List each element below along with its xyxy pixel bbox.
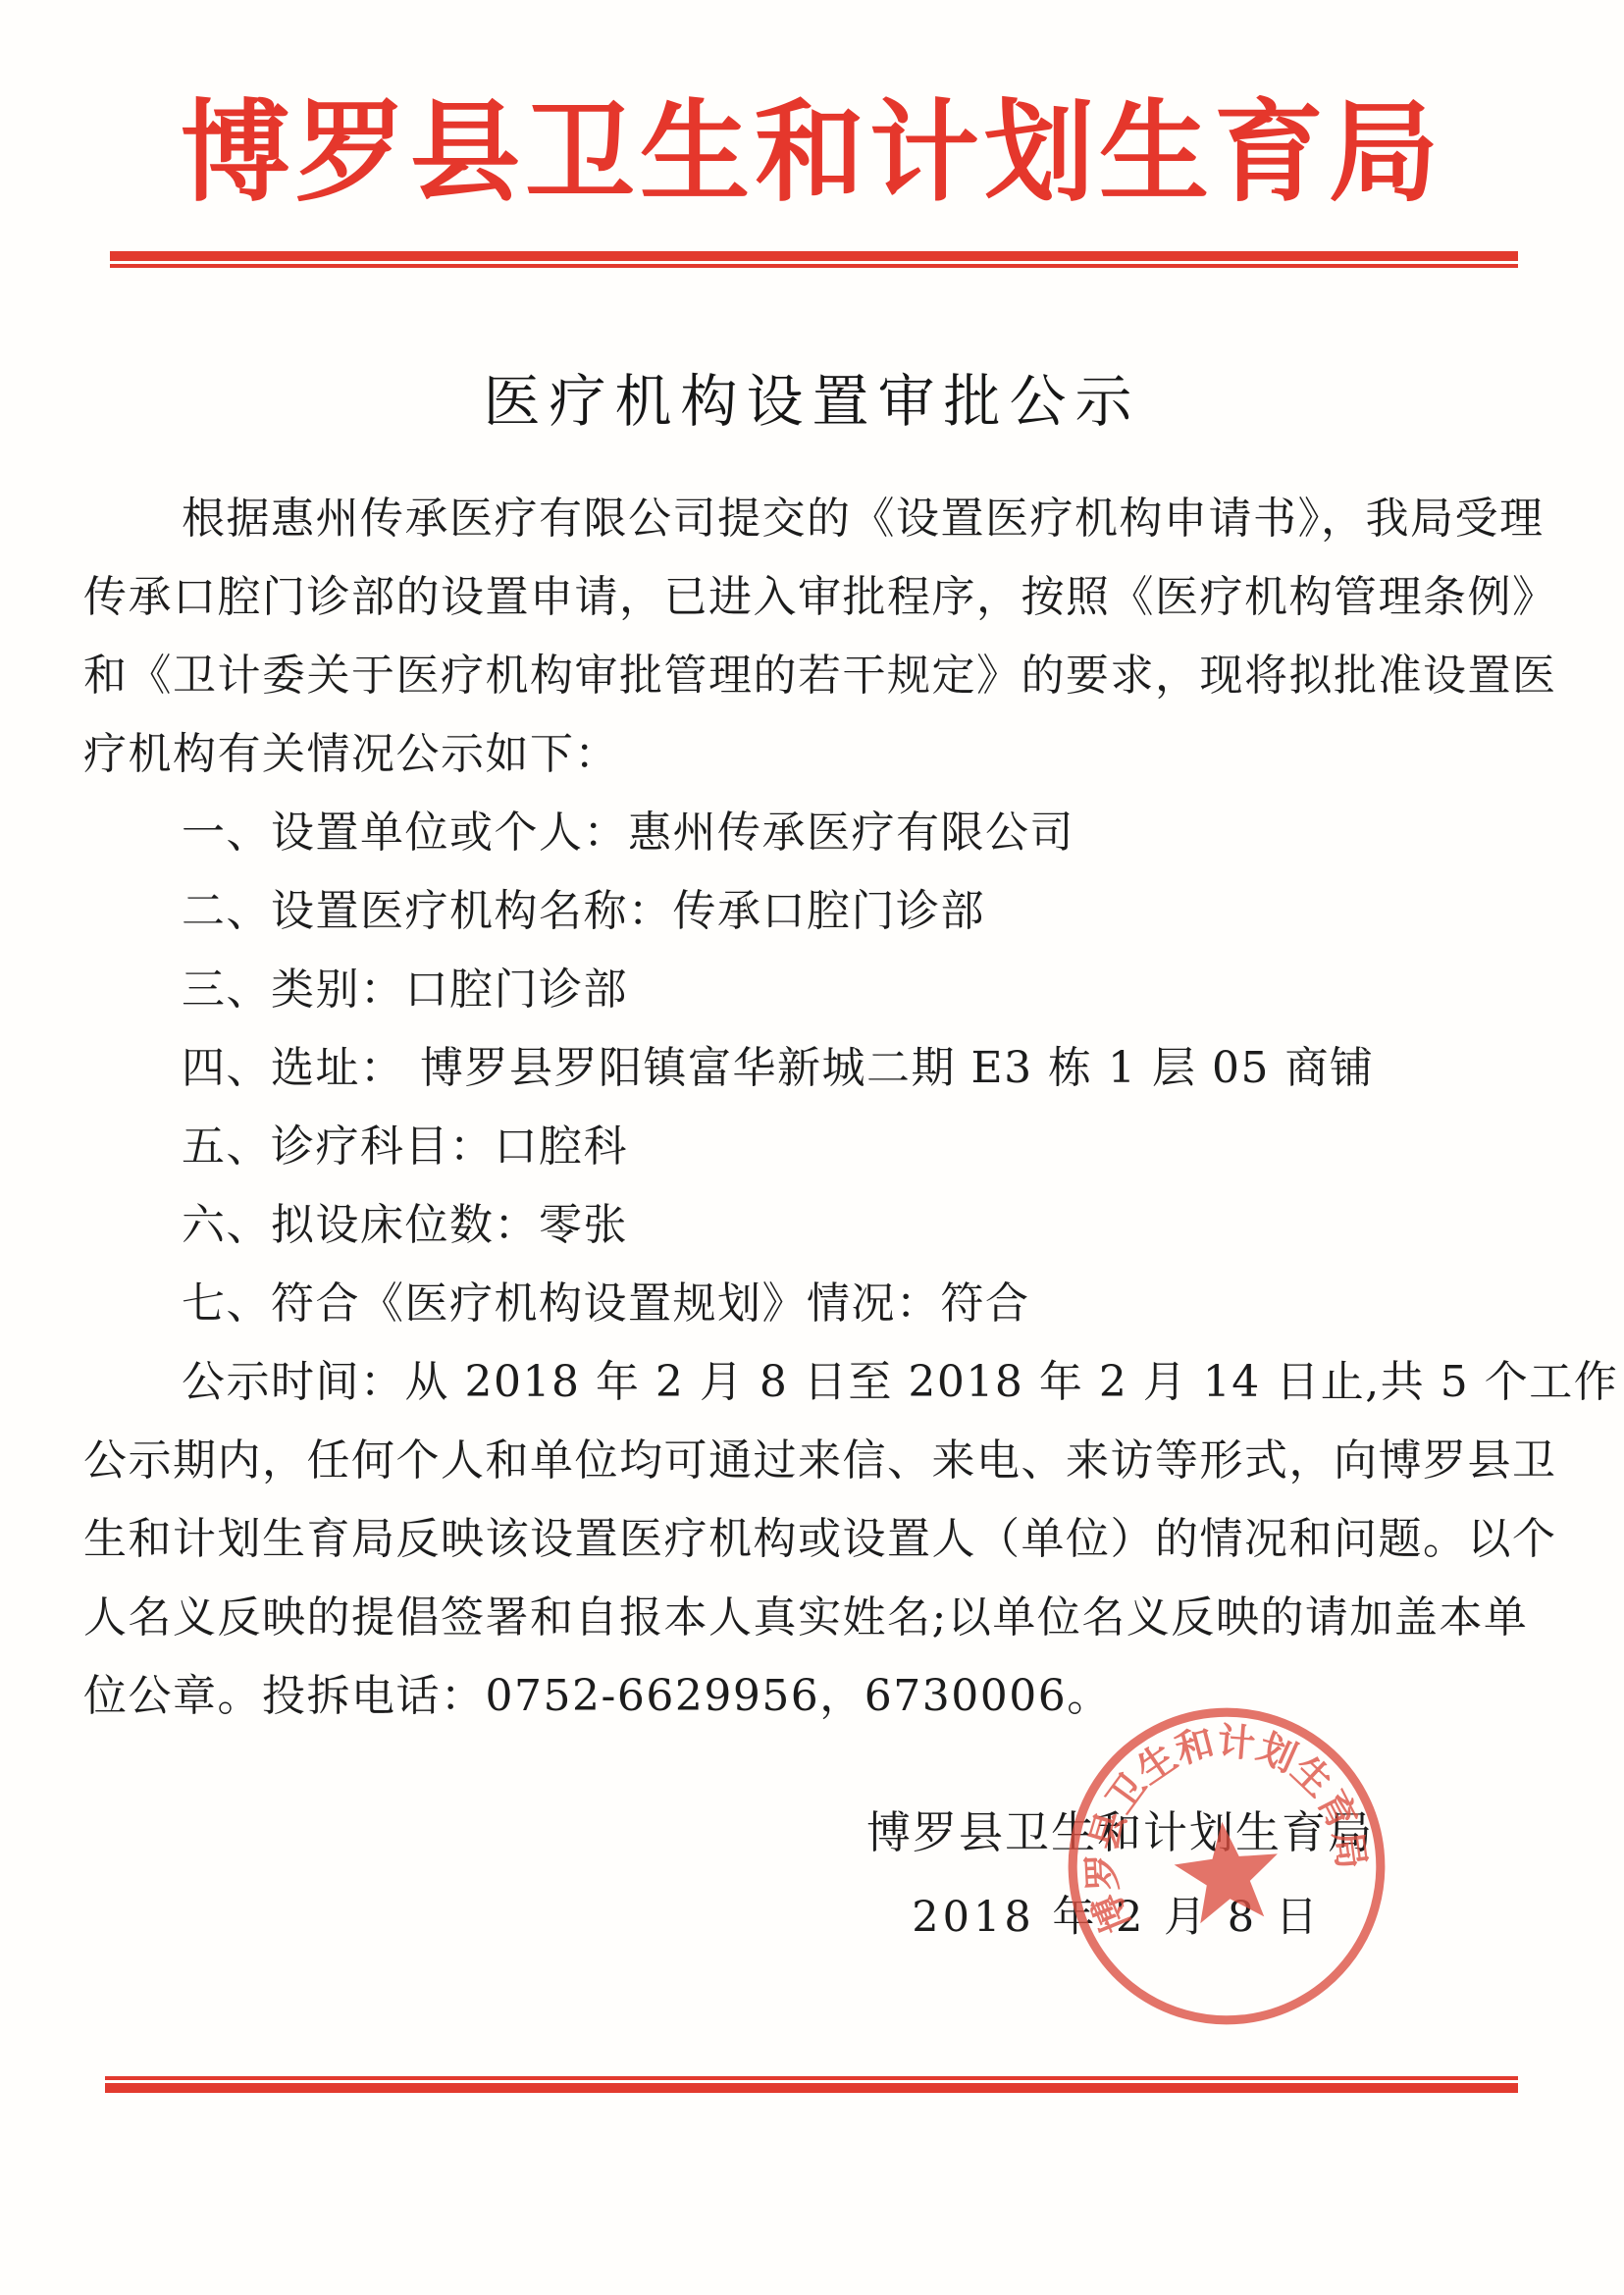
header-rule-thick-line: [110, 251, 1518, 261]
document-page: 博罗县卫生和计划生育局 医疗机构设置审批公示 根据惠州传承医疗有限公司提交的《设…: [0, 0, 1624, 2295]
list-item: 四、选址： 博罗县罗阳镇富华新城二期 E3 栋 1 层 05 商铺: [83, 1029, 1545, 1108]
body-line: 生和计划生育局反映该设置医疗机构或设置人（单位）的情况和问题。以个: [83, 1500, 1545, 1579]
list-item: 一、设置单位或个人：惠州传承医疗有限公司: [83, 794, 1545, 872]
list-item: 二、设置医疗机构名称：传承口腔门诊部: [83, 872, 1545, 951]
list-item: 六、拟设床位数：零张: [83, 1186, 1545, 1265]
document-body: 根据惠州传承医疗有限公司提交的《设置医疗机构申请书》，我局受理 传承口腔门诊部的…: [83, 480, 1545, 1736]
header-divider-rule: [110, 251, 1518, 268]
body-line: 人名义反映的提倡签署和自报本人真实姓名;以单位名义反映的请加盖本单: [83, 1579, 1545, 1657]
body-line: 公示期内，任何个人和单位均可通过来信、来电、来访等形式，向博罗县卫: [83, 1422, 1545, 1500]
signature-block: 博罗县卫生和计划生育局 2018 年 2 月 8 日: [866, 1803, 1367, 1945]
list-item: 三、类别：口腔门诊部: [83, 951, 1545, 1029]
body-line: 根据惠州传承医疗有限公司提交的《设置医疗机构申请书》，我局受理: [83, 480, 1545, 558]
body-line: 位公章。投拆电话：0752-6629956，6730006。: [83, 1657, 1545, 1736]
body-line: 和《卫计委关于医疗机构审批管理的若干规定》的要求，现将拟批准设置医: [83, 637, 1545, 715]
signature-agency-name: 博罗县卫生和计划生育局: [866, 1803, 1367, 1862]
footer-divider-rule: [105, 2076, 1518, 2093]
body-line: 疗机构有关情况公示如下：: [83, 715, 1545, 794]
body-line: 公示时间：从 2018 年 2 月 8 日至 2018 年 2 月 14 日止,…: [83, 1343, 1545, 1422]
list-item: 五、诊疗科目：口腔科: [83, 1108, 1545, 1186]
footer-rule-thin-line: [105, 2076, 1518, 2080]
signature-date: 2018 年 2 月 8 日: [866, 1890, 1367, 1945]
list-item: 七、符合《医疗机构设置规划》情况：符合: [83, 1265, 1545, 1343]
body-line: 传承口腔门诊部的设置申请，已进入审批程序，按照《医疗机构管理条例》: [83, 558, 1545, 637]
footer-rule-thick-line: [105, 2083, 1518, 2093]
document-title: 医疗机构设置审批公示: [0, 355, 1624, 438]
letterhead-agency-name: 博罗县卫生和计划生育局: [0, 65, 1624, 223]
header-rule-thin-line: [110, 264, 1518, 268]
